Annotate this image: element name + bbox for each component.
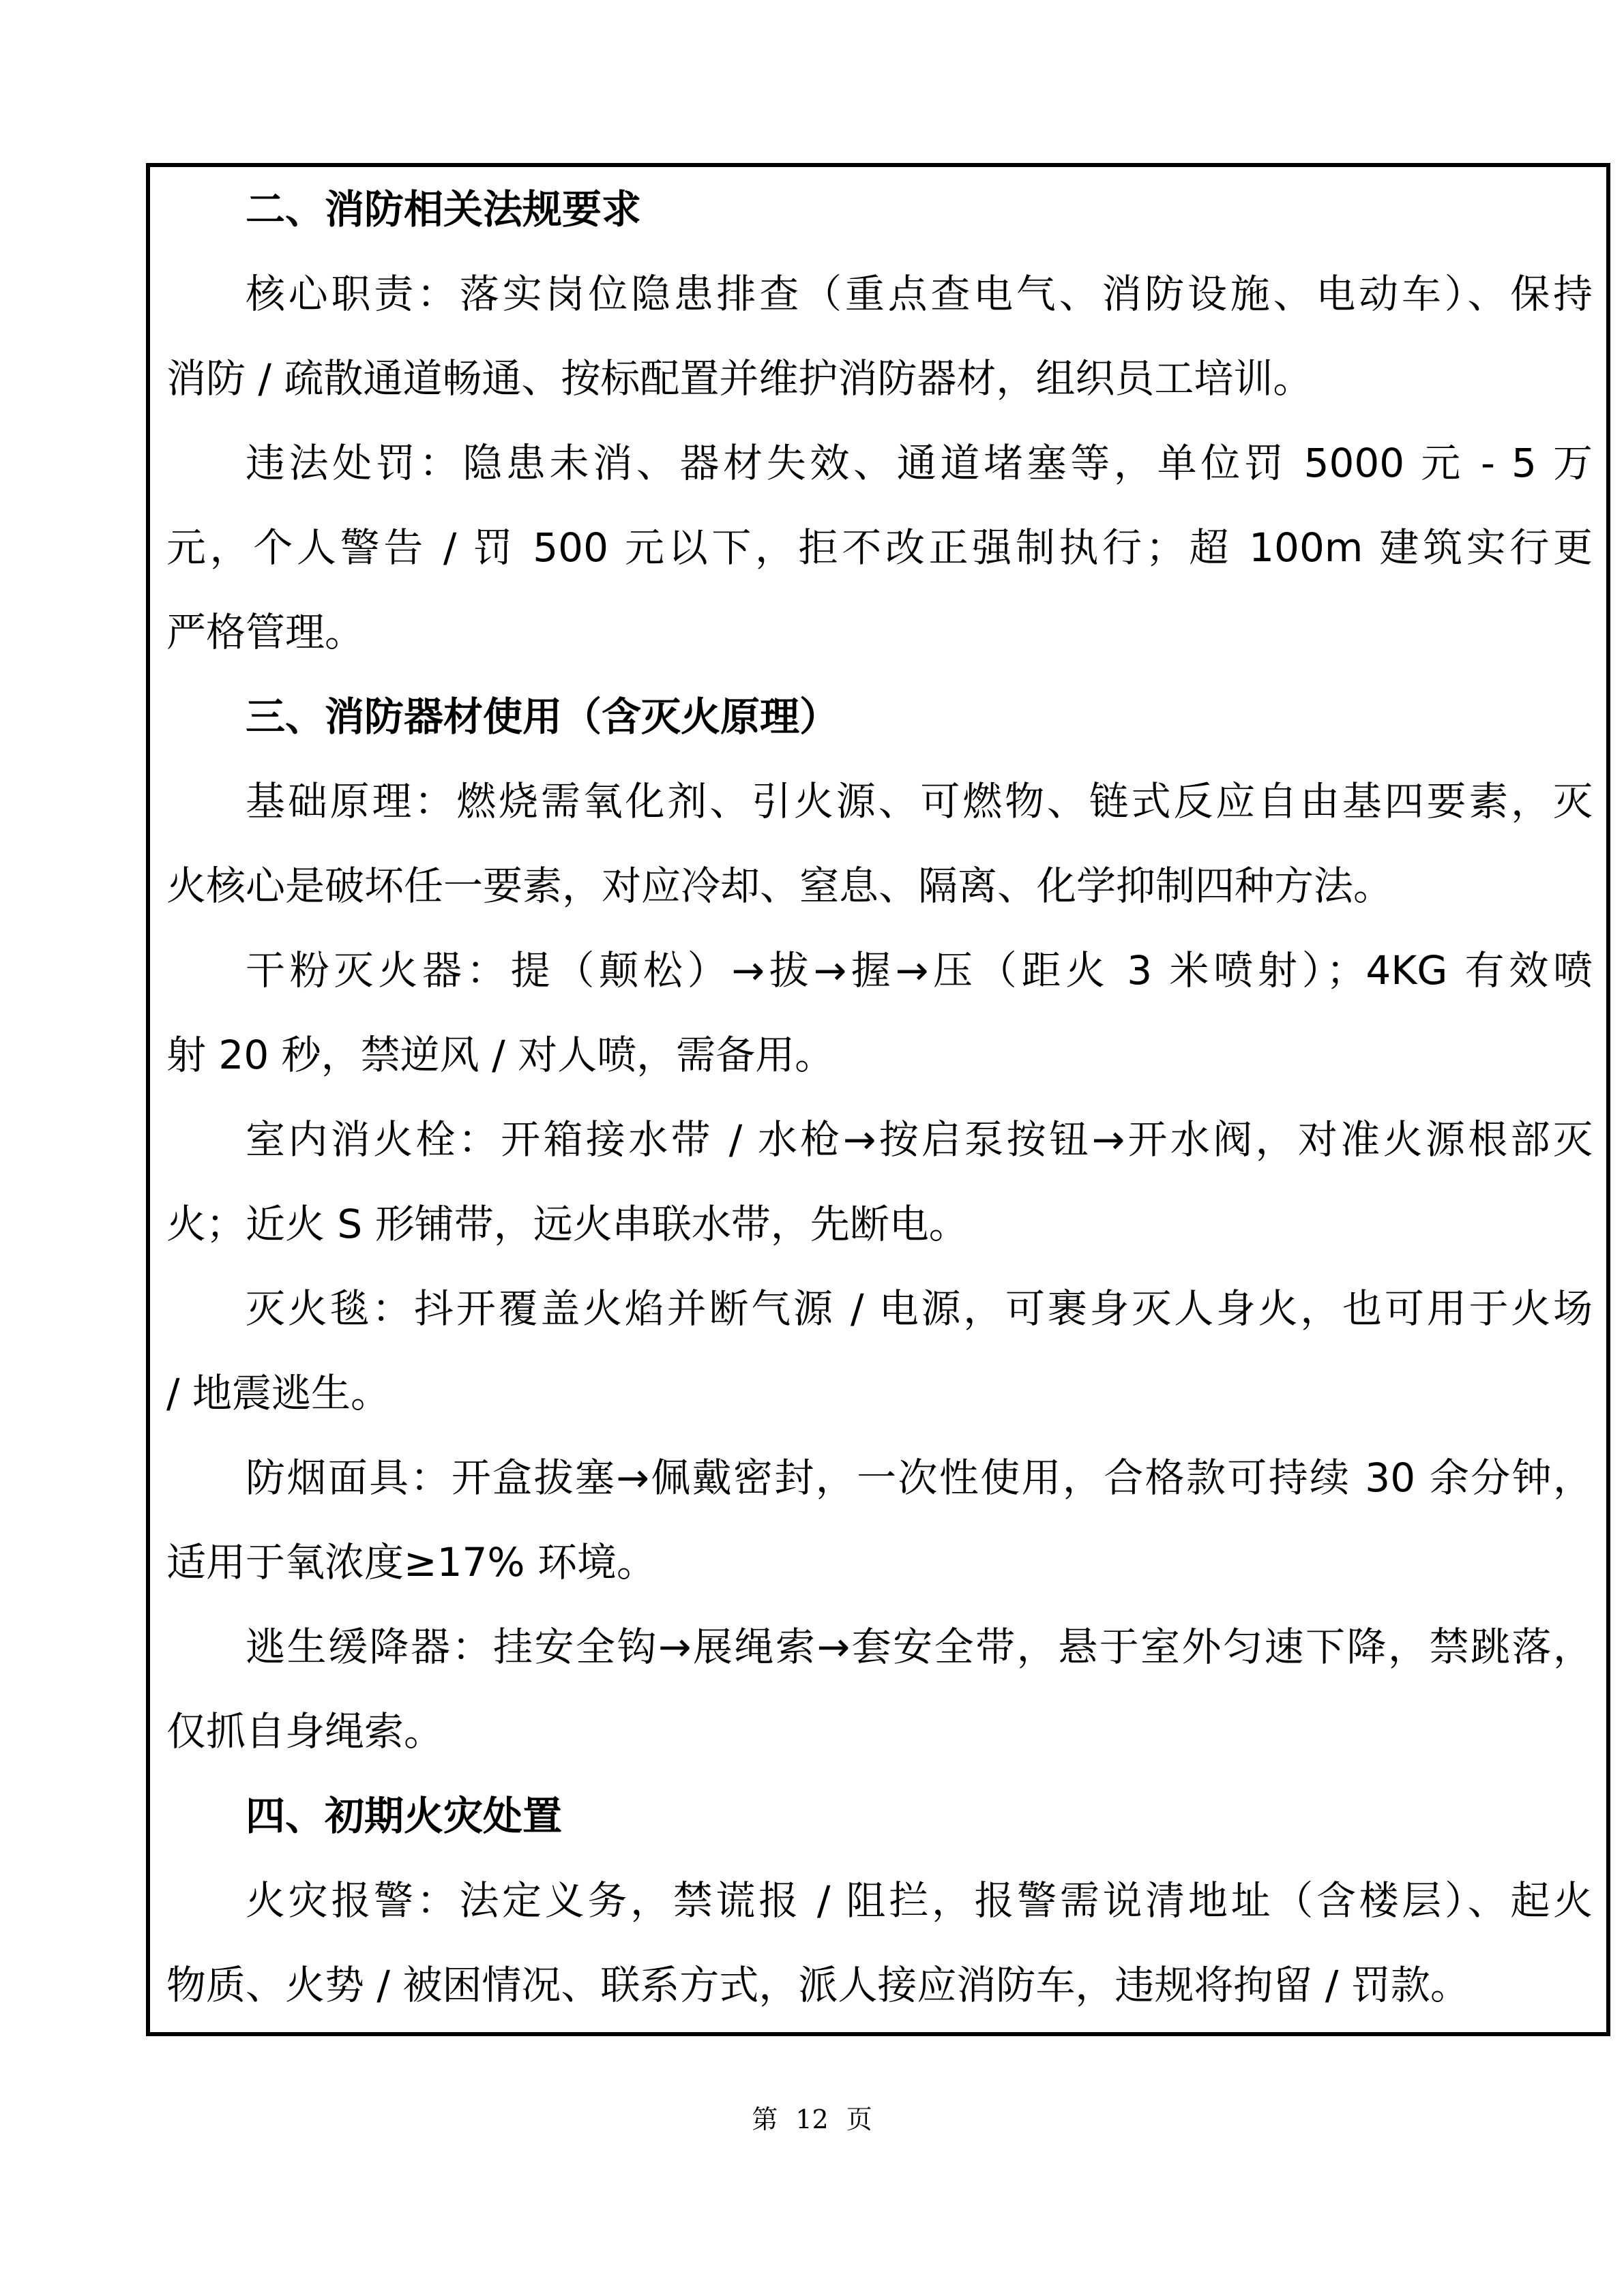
paragraph-smoke-mask-line-2: 适用于氧浓度≥17% 环境。 — [166, 1520, 1593, 1605]
paragraph-principle-line-1: 基础原理：燃烧需氧化剂、引火源、可燃物、链式反应自由基四要素，灭 — [166, 759, 1593, 844]
section-heading-initial-fire: 四、初期火灾处置 — [166, 1774, 1593, 1858]
paragraph-penalties-line-3: 严格管理。 — [166, 590, 1593, 674]
section-heading-regulations: 二、消防相关法规要求 — [166, 167, 1593, 252]
content-frame: 二、消防相关法规要求 核心职责：落实岗位隐患排查（重点查电气、消防设施、电动车）… — [146, 163, 1610, 2036]
paragraph-principle-line-2: 火核心是破坏任一要素，对应冷却、窒息、隔离、化学抑制四种方法。 — [166, 844, 1593, 928]
paragraph-descender-line-1: 逃生缓降器：挂安全钩→展绳索→套安全带，悬于室外匀速下降，禁跳落， — [166, 1605, 1593, 1689]
paragraph-dry-powder-line-1: 干粉灭火器：提（颠松）→拔→握→压（距火 3 米喷射）；4KG 有效喷 — [166, 928, 1593, 1013]
page-number: 第 12 页 — [0, 2099, 1624, 2140]
paragraph-core-duties-line-2: 消防 / 疏散通道畅通、按标配置并维护消防器材，组织员工培训。 — [166, 336, 1593, 421]
paragraph-fire-alarm-line-1: 火灾报警：法定义务，禁谎报 / 阻拦，报警需说清地址（含楼层）、起火 — [166, 1858, 1593, 1943]
paragraph-penalties-line-2: 元，个人警告 / 罚 500 元以下，拒不改正强制执行；超 100m 建筑实行更 — [166, 505, 1593, 590]
paragraph-dry-powder-line-2: 射 20 秒，禁逆风 / 对人喷，需备用。 — [166, 1013, 1593, 1097]
paragraph-descender-line-2: 仅抓自身绳索。 — [166, 1689, 1593, 1774]
paragraph-penalties-line-1: 违法处罚：隐患未消、器材失效、通道堵塞等，单位罚 5000 元 - 5 万 — [166, 421, 1593, 505]
paragraph-fire-alarm-line-2: 物质、火势 / 被困情况、联系方式，派人接应消防车，违规将拘留 / 罚款。 — [166, 1943, 1593, 2027]
paragraph-hydrant-line-1: 室内消火栓：开箱接水带 / 水枪→按启泵按钮→开水阀，对准火源根部灭 — [166, 1097, 1593, 1182]
paragraph-fire-blanket-line-2: / 地震逃生。 — [166, 1351, 1593, 1435]
paragraph-hydrant-line-2: 火；近火 S 形铺带，远火串联水带，先断电。 — [166, 1182, 1593, 1266]
paragraph-core-duties-line-1: 核心职责：落实岗位隐患排查（重点查电气、消防设施、电动车）、保持 — [166, 252, 1593, 336]
paragraph-smoke-mask-line-1: 防烟面具：开盒拔塞→佩戴密封，一次性使用，合格款可持续 30 余分钟， — [166, 1435, 1593, 1520]
paragraph-fire-blanket-line-1: 灭火毯：抖开覆盖火焰并断气源 / 电源，可裹身灭人身火，也可用于火场 — [166, 1266, 1593, 1351]
section-heading-equipment: 三、消防器材使用（含灭火原理） — [166, 674, 1593, 759]
